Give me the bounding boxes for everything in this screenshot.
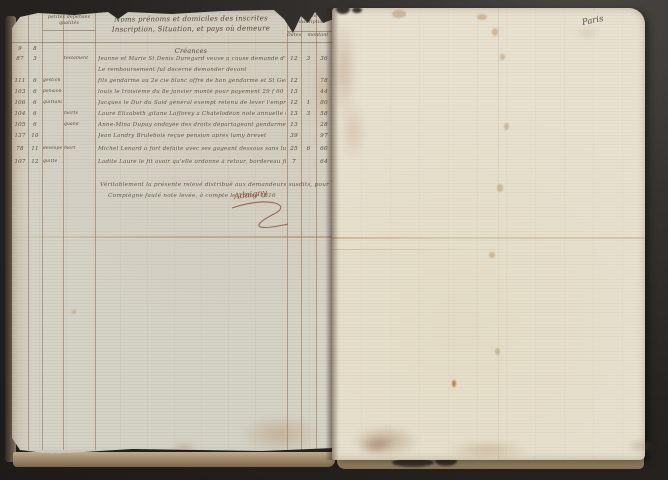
gutter-shadow <box>325 8 339 460</box>
table-row: 104 6 morts Laure Elizabeth gitane Laffo… <box>12 111 334 122</box>
stain <box>430 436 545 464</box>
table-row: 107 12 quitté Ladite Laure le fit avoir … <box>12 159 334 170</box>
vertical-crease <box>498 8 499 460</box>
row-entry-text: Anne-Mina Dupuy ondoyée des droits dépar… <box>98 122 286 128</box>
row-day: 6 <box>29 122 41 128</box>
fox-spot <box>500 54 505 60</box>
table-rule-horizontal <box>43 30 95 31</box>
row-date-value: 7 <box>288 159 300 165</box>
table-row: 78 11 désespérance mort Michel Lenard à … <box>12 146 334 157</box>
row-category: quitté <box>43 159 62 164</box>
row-category: gestion <box>43 78 62 83</box>
row-category: pension <box>43 89 62 94</box>
dates-subheader: Dates <box>287 33 301 39</box>
fox-spot <box>504 123 509 130</box>
row-category: désespérance <box>43 146 62 151</box>
row-day: 11 <box>29 146 41 152</box>
small-columns-header-line2: qualités <box>59 21 79 26</box>
register-title-line2: Inscription, Situation, et pays où demeu… <box>98 24 284 34</box>
ink-fleck <box>452 380 456 387</box>
table-row: 137 10 Jean Landry Brulebois reçue pensi… <box>12 133 334 144</box>
row-entry-text: Ladite Laure le fit avoir qu'elle ordonn… <box>98 159 286 165</box>
register-title-line1: Noms prénoms et domiciles des inscrites <box>98 14 284 24</box>
row-entry-text: Laure Elizabeth gitane Lafforey a Chatel… <box>98 111 286 117</box>
row-day: 6 <box>29 100 41 106</box>
fox-spot <box>495 348 500 355</box>
row-category: testament <box>64 56 95 61</box>
torn-edge-notch <box>352 7 362 13</box>
row-entry-text: Jean Landry Brulebois reçue pension aprè… <box>98 133 286 139</box>
row-date-value: 13 <box>288 89 300 95</box>
row-date-value: 25 <box>288 146 300 152</box>
row-entry-text: Jacques le Dur du Said général exempt re… <box>98 100 286 106</box>
table-row-continuation: Le remboursement fut décerné demander de… <box>12 67 334 78</box>
fox-spot <box>497 184 503 192</box>
left-page-deckle-edge <box>13 452 335 467</box>
signature-flourish <box>222 200 307 236</box>
small-columns-header-line1: petites dépenses <box>48 15 90 20</box>
row-day: 12 <box>29 159 41 165</box>
row-category: quittance <box>43 100 62 105</box>
stain <box>570 24 604 42</box>
fox-spot <box>489 252 495 258</box>
fold-crease <box>332 249 512 250</box>
table-row: 87 3 testament Jeanne et Marie St Denis … <box>12 56 334 67</box>
margin-number: 8 <box>29 46 41 52</box>
amount-header-line1: Montant de <box>296 14 325 19</box>
fox-spot <box>72 310 76 314</box>
row-entry-text: louis le troisième du 8e janvier monté p… <box>98 89 286 95</box>
photographed-register-spread: Noms prénoms et domiciles des inscrites … <box>0 0 668 480</box>
row-date-value: 39 <box>288 133 300 139</box>
row-date-value: 12 <box>288 56 300 62</box>
table-row: 103 6 pension louis le troisième du 8e j… <box>12 89 334 100</box>
fox-spot <box>392 10 406 18</box>
table-row: 106 6 quittance Jacques le Dur du Said g… <box>12 100 334 111</box>
right-page: Paris <box>332 8 645 460</box>
row-entry-text: Le remboursement fut décerné demander de… <box>98 67 286 73</box>
row-entry-text: Jeanne et Marie St Denis Duregard veuve … <box>98 56 286 62</box>
fox-spot <box>477 14 487 20</box>
row-entry-text: fils gendarme au 2e cie blanc offre de b… <box>98 78 286 84</box>
left-page: Noms prénoms et domiciles des inscrites … <box>12 10 334 454</box>
table-rule-horizontal <box>12 42 334 43</box>
row-day: 10 <box>29 133 41 139</box>
row-category: mort <box>64 146 95 151</box>
row-day: 6 <box>29 89 41 95</box>
row-date-value: 12 <box>288 100 300 106</box>
row-day: 6 <box>29 78 41 84</box>
table-row: 105 6 quand Anne-Mina Dupuy ondoyée des … <box>12 122 334 133</box>
fold-crease <box>332 237 645 239</box>
row-date-value: 12 <box>288 78 300 84</box>
row-date-value: 13 <box>288 111 300 117</box>
amount-header-line2: l'inscription <box>295 20 325 25</box>
fox-spot <box>492 28 498 36</box>
row-category: quand <box>64 122 95 127</box>
closing-statement-line1: Véritablement la présente relevé distrib… <box>100 182 329 188</box>
stain <box>334 88 372 173</box>
row-category: morts <box>64 111 95 116</box>
fold-crease <box>12 236 334 238</box>
row-entry-text: Michel Lenard à fort défaite avec ses ga… <box>98 146 286 152</box>
stain <box>352 432 400 458</box>
row-day: 3 <box>29 56 41 62</box>
small-columns-header: petites dépenses qualités <box>43 15 95 26</box>
stain <box>620 436 660 456</box>
row-date-value: 13 <box>288 122 300 128</box>
row-day: 6 <box>29 111 41 117</box>
table-row: 111 6 gestion fils gendarme au 2e cie bl… <box>12 78 334 89</box>
row-mid-value: 6 <box>302 146 315 152</box>
